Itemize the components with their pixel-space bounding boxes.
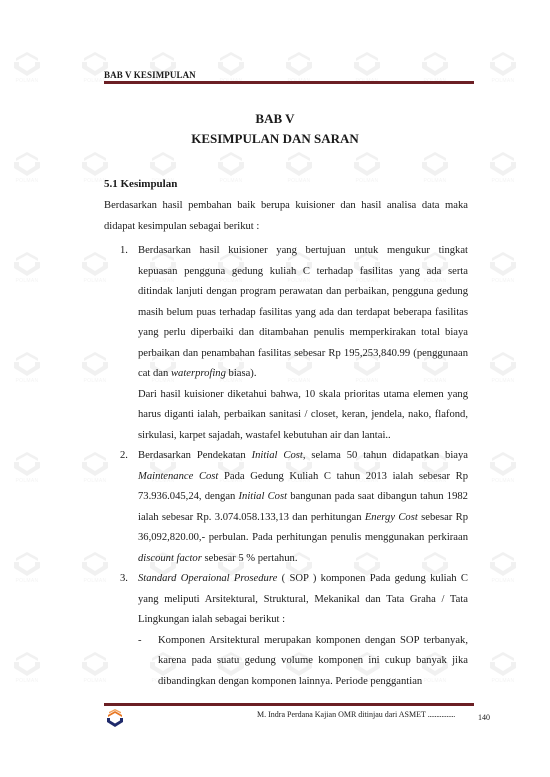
watermark-logo-icon: POLMAN — [486, 148, 520, 188]
watermark-logo-icon: POLMAN — [10, 448, 44, 488]
watermark-logo-icon: POLMAN — [78, 248, 112, 288]
list-number: 1. — [120, 241, 128, 262]
watermark-logo-icon: POLMAN — [10, 248, 44, 288]
footer-rule — [104, 703, 474, 706]
conclusion-list: 1. Berdasarkan hasil kuisioner yang bert… — [120, 241, 468, 692]
text-run: Berdasarkan Pendekatan — [138, 450, 252, 461]
section-heading: 5.1 Kesimpulan — [104, 178, 177, 190]
text-run: , selama 50 tahun didapatkan biaya — [303, 450, 468, 461]
watermark-logo-icon: POLMAN — [10, 648, 44, 688]
institution-logo-icon — [104, 708, 126, 728]
italic-term: discount factor — [138, 553, 202, 564]
italic-term: Initial Cost — [239, 491, 288, 502]
watermark-logo-icon: POLMAN — [78, 348, 112, 388]
watermark-logo-icon: POLMAN — [10, 548, 44, 588]
watermark-logo-icon: POLMAN — [486, 48, 520, 88]
page-number: 140 — [478, 713, 490, 722]
sub-list: - Komponen Arsitektural merupakan kompon… — [138, 631, 468, 693]
watermark-logo-icon: POLMAN — [282, 148, 316, 188]
watermark-logo-icon: POLMAN — [350, 148, 384, 188]
watermark-logo-icon: POLMAN — [78, 548, 112, 588]
watermark-logo-icon: POLMAN — [78, 648, 112, 688]
italic-term: Initial Cost — [252, 450, 303, 461]
chapter-title: KESIMPULAN DAN SARAN — [0, 131, 550, 147]
footer-text: M. Indra Perdana Kajian OMR ditinjau dar… — [257, 710, 455, 719]
item-paragraph: Berdasarkan Pendekatan Initial Cost, sel… — [138, 446, 468, 569]
list-item: 3. Standard Operaional Prosedure ( SOP )… — [120, 569, 468, 692]
watermark-logo-icon: POLMAN — [486, 248, 520, 288]
watermark-logo-icon: POLMAN — [10, 148, 44, 188]
item-paragraph: Dari hasil kuisioner diketahui bahwa, 10… — [138, 385, 468, 447]
list-number: 3. — [120, 569, 128, 590]
watermark-logo-icon: POLMAN — [10, 48, 44, 88]
item-paragraph: Berdasarkan hasil kuisioner yang bertuju… — [138, 241, 468, 385]
sub-list-item: - Komponen Arsitektural merupakan kompon… — [138, 631, 468, 693]
header-rule — [104, 81, 474, 84]
sub-item-text: Komponen Arsitektural merupakan komponen… — [158, 635, 468, 687]
text-run: sebesar 5 % pertahun. — [202, 553, 298, 564]
watermark-logo-icon: POLMAN — [214, 148, 248, 188]
watermark-logo-icon: POLMAN — [486, 348, 520, 388]
italic-term: Energy Cost — [365, 512, 418, 523]
watermark-logo-icon: POLMAN — [418, 148, 452, 188]
text-run: biasa). — [226, 368, 257, 379]
dash-bullet: - — [138, 631, 142, 652]
watermark-logo-icon: POLMAN — [10, 348, 44, 388]
list-item: 1. Berdasarkan hasil kuisioner yang bert… — [120, 241, 468, 446]
running-header: BAB V KESIMPULAN — [104, 70, 196, 80]
footer-author-title: M. Indra Perdana Kajian OMR ditinjau dar… — [257, 710, 426, 719]
list-item: 2. Berdasarkan Pendekatan Initial Cost, … — [120, 446, 468, 569]
watermark-logo-icon: POLMAN — [78, 448, 112, 488]
watermark-logo-icon: POLMAN — [486, 648, 520, 688]
intro-paragraph: Berdasarkan hasil pembahan baik berupa k… — [104, 196, 468, 237]
chapter-number: BAB V — [0, 111, 550, 127]
text-run: Berdasarkan hasil kuisioner yang bertuju… — [138, 245, 468, 379]
item-paragraph: Standard Operaional Prosedure ( SOP ) ko… — [138, 569, 468, 631]
footer-leader-dots: ................ — [428, 710, 455, 719]
italic-term: waterprofing — [171, 368, 226, 379]
watermark-logo-icon: POLMAN — [486, 448, 520, 488]
watermark-logo-icon: POLMAN — [486, 548, 520, 588]
italic-term: Maintenance Cost — [138, 471, 218, 482]
list-number: 2. — [120, 446, 128, 467]
italic-term: Standard Operaional Prosedure — [138, 573, 277, 584]
